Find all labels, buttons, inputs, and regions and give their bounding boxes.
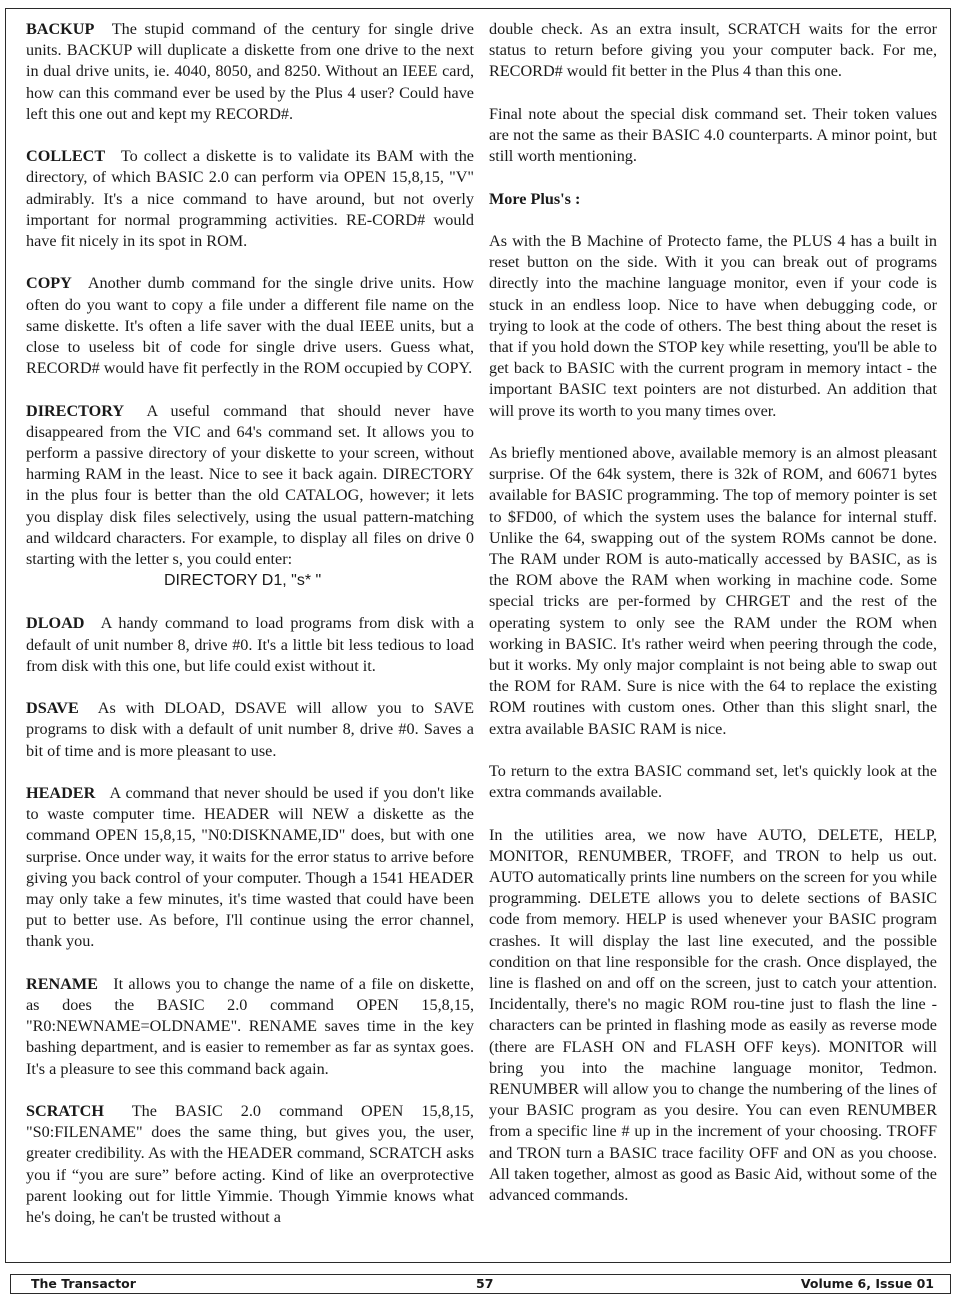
section-rename: RENAME It allows you to change the name … xyxy=(26,974,474,1080)
keyword-dload: DLOAD xyxy=(26,614,84,632)
issue-label: Volume 6, Issue 01 xyxy=(801,1275,934,1292)
keyword-collect: COLLECT xyxy=(26,147,105,165)
memory-paragraph: As briefly mentioned above, available me… xyxy=(489,443,937,740)
section-dload: DLOAD A handy command to load programs f… xyxy=(26,613,474,677)
page-footer: The Transactor 57 Volume 6, Issue 01 xyxy=(10,1274,951,1294)
return-paragraph: To return to the extra BASIC command set… xyxy=(489,761,937,803)
copy-text: Another dumb command for the single driv… xyxy=(26,274,474,377)
directory-example-code: DIRECTORY D1, "s* " xyxy=(26,570,474,592)
scratch-continued: double check. As an extra insult, SCRATC… xyxy=(489,19,937,83)
more-plus-heading: More Plus's : xyxy=(489,189,937,210)
keyword-copy: COPY xyxy=(26,274,72,292)
dsave-text: As with DLOAD, DSAVE will allow you to S… xyxy=(26,699,474,759)
keyword-dsave: DSAVE xyxy=(26,699,79,717)
keyword-backup: BACKUP xyxy=(26,20,94,38)
section-directory: DIRECTORY A useful command that should n… xyxy=(26,401,474,571)
keyword-scratch: SCRATCH xyxy=(26,1102,104,1120)
section-collect: COLLECT To collect a diskette is to vali… xyxy=(26,146,474,252)
utilities-paragraph: In the utilities area, we now have AUTO,… xyxy=(489,825,937,1207)
section-dsave: DSAVE As with DLOAD, DSAVE will allow yo… xyxy=(26,698,474,762)
keyword-rename: RENAME xyxy=(26,975,98,993)
right-column: double check. As an extra insult, SCRATC… xyxy=(489,19,937,1227)
left-column: BACKUP The stupid command of the century… xyxy=(26,19,474,1249)
section-copy: COPY Another dumb command for the single… xyxy=(26,273,474,379)
publication-name: The Transactor xyxy=(31,1275,136,1292)
directory-text: A useful command that should never have … xyxy=(26,402,474,568)
keyword-header: HEADER xyxy=(26,784,95,802)
page-number: 57 xyxy=(476,1275,493,1292)
section-header: HEADER A command that never should be us… xyxy=(26,783,474,953)
final-note-paragraph: Final note about the special disk comman… xyxy=(489,104,937,168)
header-text: A command that never should be used if y… xyxy=(26,784,474,950)
scratch-text: The BASIC 2.0 command OPEN 15,8,15, "S0:… xyxy=(26,1102,474,1226)
reset-button-paragraph: As with the B Machine of Protecto fame, … xyxy=(489,231,937,422)
dload-text: A handy command to load programs from di… xyxy=(26,614,474,674)
keyword-directory: DIRECTORY xyxy=(26,402,124,420)
section-backup: BACKUP The stupid command of the century… xyxy=(26,19,474,125)
page-border: BACKUP The stupid command of the century… xyxy=(5,8,951,1263)
section-scratch: SCRATCH The BASIC 2.0 command OPEN 15,8,… xyxy=(26,1101,474,1228)
